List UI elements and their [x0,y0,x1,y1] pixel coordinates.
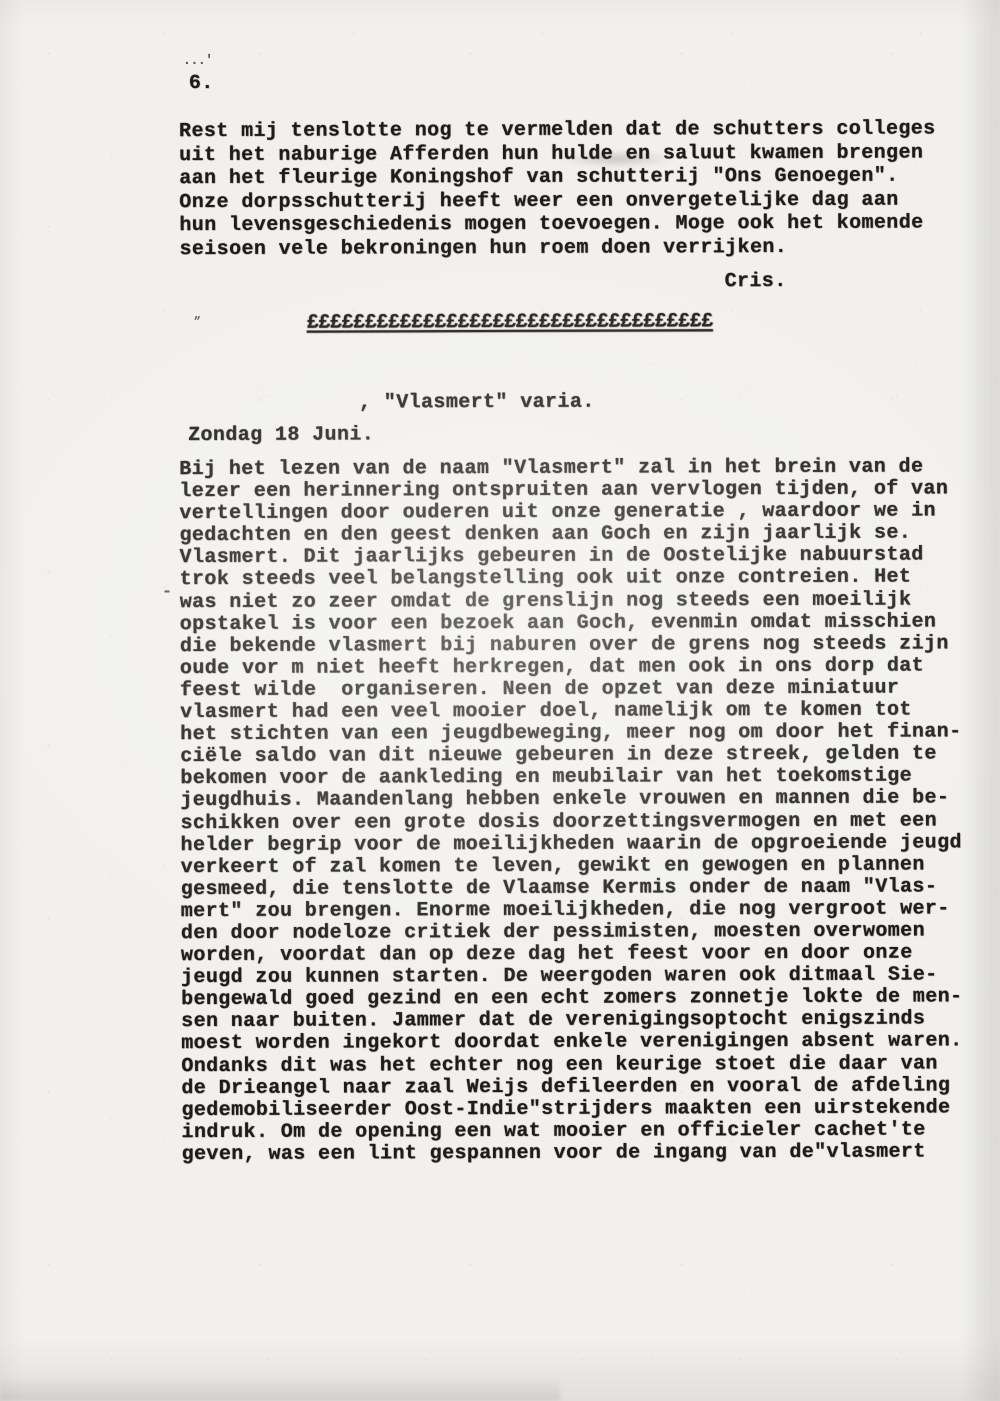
page-number: 6. [189,72,214,96]
scan-artifact-mark: ...' [183,53,213,69]
section-divider: £££££££££££££££££££££££££££££££££££ [307,309,713,336]
closing-paragraph: Rest mij tenslotte nog te vermelden dat … [179,117,979,261]
section-title: , "Vlasmert" varia. [359,391,595,416]
paper-sheet: ...' 6. Rest mij tenslotte nog te vermel… [0,0,1000,1401]
date-heading: Zondag 18 Juni. [188,423,374,448]
scan-artifact-mark: ” [194,315,201,329]
scanned-document-page: { "page": { "number": "6.", "closing_par… [0,0,1000,1401]
article-body: Bij het lezen van de naam "Vlasmert" zal… [179,456,991,1166]
author-signature: Cris. [725,270,787,294]
scan-artifact-mark: - [162,582,173,602]
